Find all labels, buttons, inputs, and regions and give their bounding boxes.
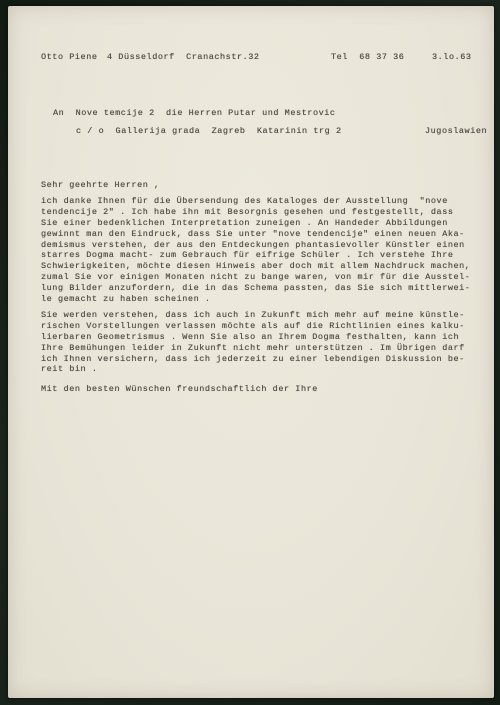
salutation: Sehr geehrte Herren , bbox=[41, 180, 160, 191]
body-line: Sie einer bedenklichen Interpretation zu… bbox=[41, 218, 470, 229]
body-line: demismus verstehen, der aus den Entdecku… bbox=[41, 240, 470, 251]
body-line: Schwierigkeiten, möchte diesen Hinweis a… bbox=[41, 261, 470, 272]
paragraph-1: ich danke Ihnen für die Übersendung des … bbox=[41, 196, 470, 305]
body-line: starres Dogma macht- zum Gebrauch für ei… bbox=[41, 250, 470, 261]
body-line: Sie werden verstehen, dass ich auch in Z… bbox=[41, 310, 465, 321]
body-line: ich danke Ihnen für die Übersendung des … bbox=[41, 196, 470, 207]
letter-date: 3.lo.63 bbox=[432, 52, 472, 63]
scanned-letter-background: Otto Piene 4 Düsseldorf Cranachstr.32 Te… bbox=[0, 0, 500, 705]
sender-name: Otto Piene bbox=[41, 52, 98, 63]
body-line: Ihre Bemühungen leider in Zukunft nicht … bbox=[41, 343, 465, 354]
letter-page: Otto Piene 4 Düsseldorf Cranachstr.32 Te… bbox=[8, 6, 494, 698]
sender-address: 4 Düsseldorf Cranachstr.32 bbox=[107, 52, 260, 63]
paragraph-2: Sie werden verstehen, dass ich auch in Z… bbox=[41, 310, 465, 375]
recipient-line-2: c / o Gallerija grada Zagreb Katarinin t… bbox=[76, 126, 342, 137]
body-line: rischen Vorstellungen verlassen möchte a… bbox=[41, 321, 465, 332]
sender-phone: Tel 68 37 36 bbox=[331, 52, 404, 63]
body-line: lierbaren Geometrismus . Wenn Sie also a… bbox=[41, 332, 465, 343]
body-line: lung Bilder anzufordern, die in das Sche… bbox=[41, 283, 470, 294]
recipient-country: Jugoslawien bbox=[425, 126, 487, 137]
body-line: gewinnt man den Eindruck, dass Sie unter… bbox=[41, 229, 470, 240]
body-line: reit bin . bbox=[41, 364, 465, 375]
body-line: ich Ihnen versichern, dass ich jederzeit… bbox=[41, 354, 465, 365]
closing-line: Mit den besten Wünschen freundschaftlich… bbox=[41, 384, 318, 395]
recipient-line-1: An Nove temcije 2 die Herren Putar und M… bbox=[53, 108, 336, 119]
body-line: tendencije 2" . Ich habe ihn mit Besorgn… bbox=[41, 207, 470, 218]
body-line: zumal Sie vor einigen Monaten nicht zu b… bbox=[41, 272, 470, 283]
body-line: le gemacht zu haben scheinen . bbox=[41, 294, 470, 305]
